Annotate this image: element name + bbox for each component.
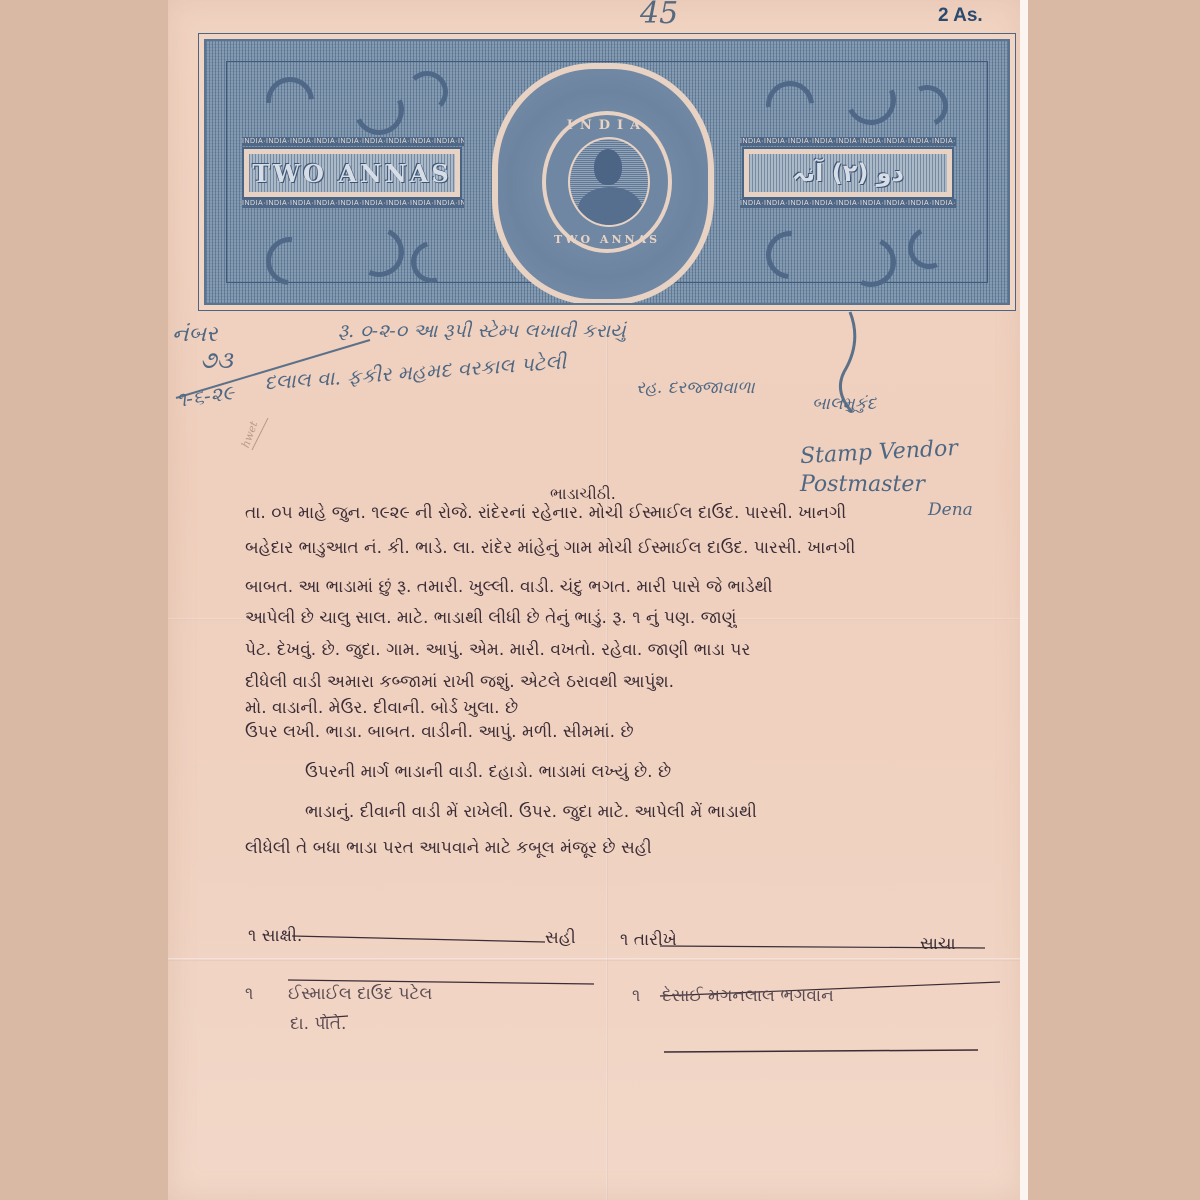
serial-label: નંબર: [172, 322, 217, 347]
vendor-title-postmaster: Postmaster: [800, 472, 925, 497]
body-line: બાબત. આ ભાડામાં છું રૂ. તમારી. ખુલ્લી. વ…: [245, 577, 1010, 597]
body-line: આપેલી છે ચાલુ સાલ. માટે. ભાડાથી લીધી છે …: [245, 608, 1010, 628]
vendor-note-line-3: રહ. દરજ્જાવાળા: [636, 378, 755, 398]
witness-signature-header: સહી: [545, 928, 576, 948]
body-line: લીધેલી તે બધા ભાડા પરત આપવાને માટે કબૂલ …: [245, 838, 1010, 858]
witness-right-header: ૧ તારીખે: [620, 930, 677, 950]
body-line: તા. ૦૫ માહે જુન. ૧૯૨૯ ની રોજે. રાંદેરનાં…: [245, 503, 1010, 523]
witness-left-number: ૧: [245, 984, 253, 1004]
body-line: ભાડાનું. દીવાની વાડી મેં રાખેલી. ઉપર. જુ…: [305, 802, 985, 822]
witness-left-header: ૧ સાક્ષી.: [248, 926, 302, 946]
serial-number: ૭૩: [200, 346, 233, 374]
body-line: ઉપર લખી. ભાડા. બાબત. વાડીની. આપું. મળી. …: [245, 722, 845, 742]
witness-left-name-2: દા. પોતે.: [290, 1014, 346, 1034]
ink-strokes: [0, 0, 1200, 1200]
witness-right-end: સાચા: [920, 934, 956, 954]
vendor-note-line-1: રૂ. ૦-૨-૦ આ રૂપી સ્ટેમ્પ લખાવી કરાયું: [338, 320, 626, 342]
body-line: પેટ. દેખવું. છે. જુદા. ગામ. આપું. એમ. મા…: [245, 640, 1010, 660]
witness-left-name: ઈસ્માઈલ દાઉદ પટેલ: [288, 984, 432, 1004]
body-line: બહેદાર ભાડુઆત નં. કી. ભાડે. લા. રાંદેર મ…: [245, 538, 1010, 558]
body-line: ઉપરની માર્ગ ભાડાની વાડી. દહાડો. ભાડામાં …: [305, 762, 985, 782]
document-heading: ભાડાચીઠી.: [550, 484, 616, 504]
body-line: દીધેલી વાડી અમારા કબ્જામાં રાખી જશું. એટ…: [245, 672, 1010, 692]
witness-right-name: દેસાઈ મગનલાલ ભગવાન: [662, 986, 834, 1006]
body-line: મો. વાડાની. મેઉર. દીવાની. બોર્ડ ખુલા. છે: [245, 698, 1010, 718]
witness-right-number: ૧: [632, 986, 640, 1006]
vendor-signature-gujarati: બાલમુકુંદ: [812, 394, 876, 414]
